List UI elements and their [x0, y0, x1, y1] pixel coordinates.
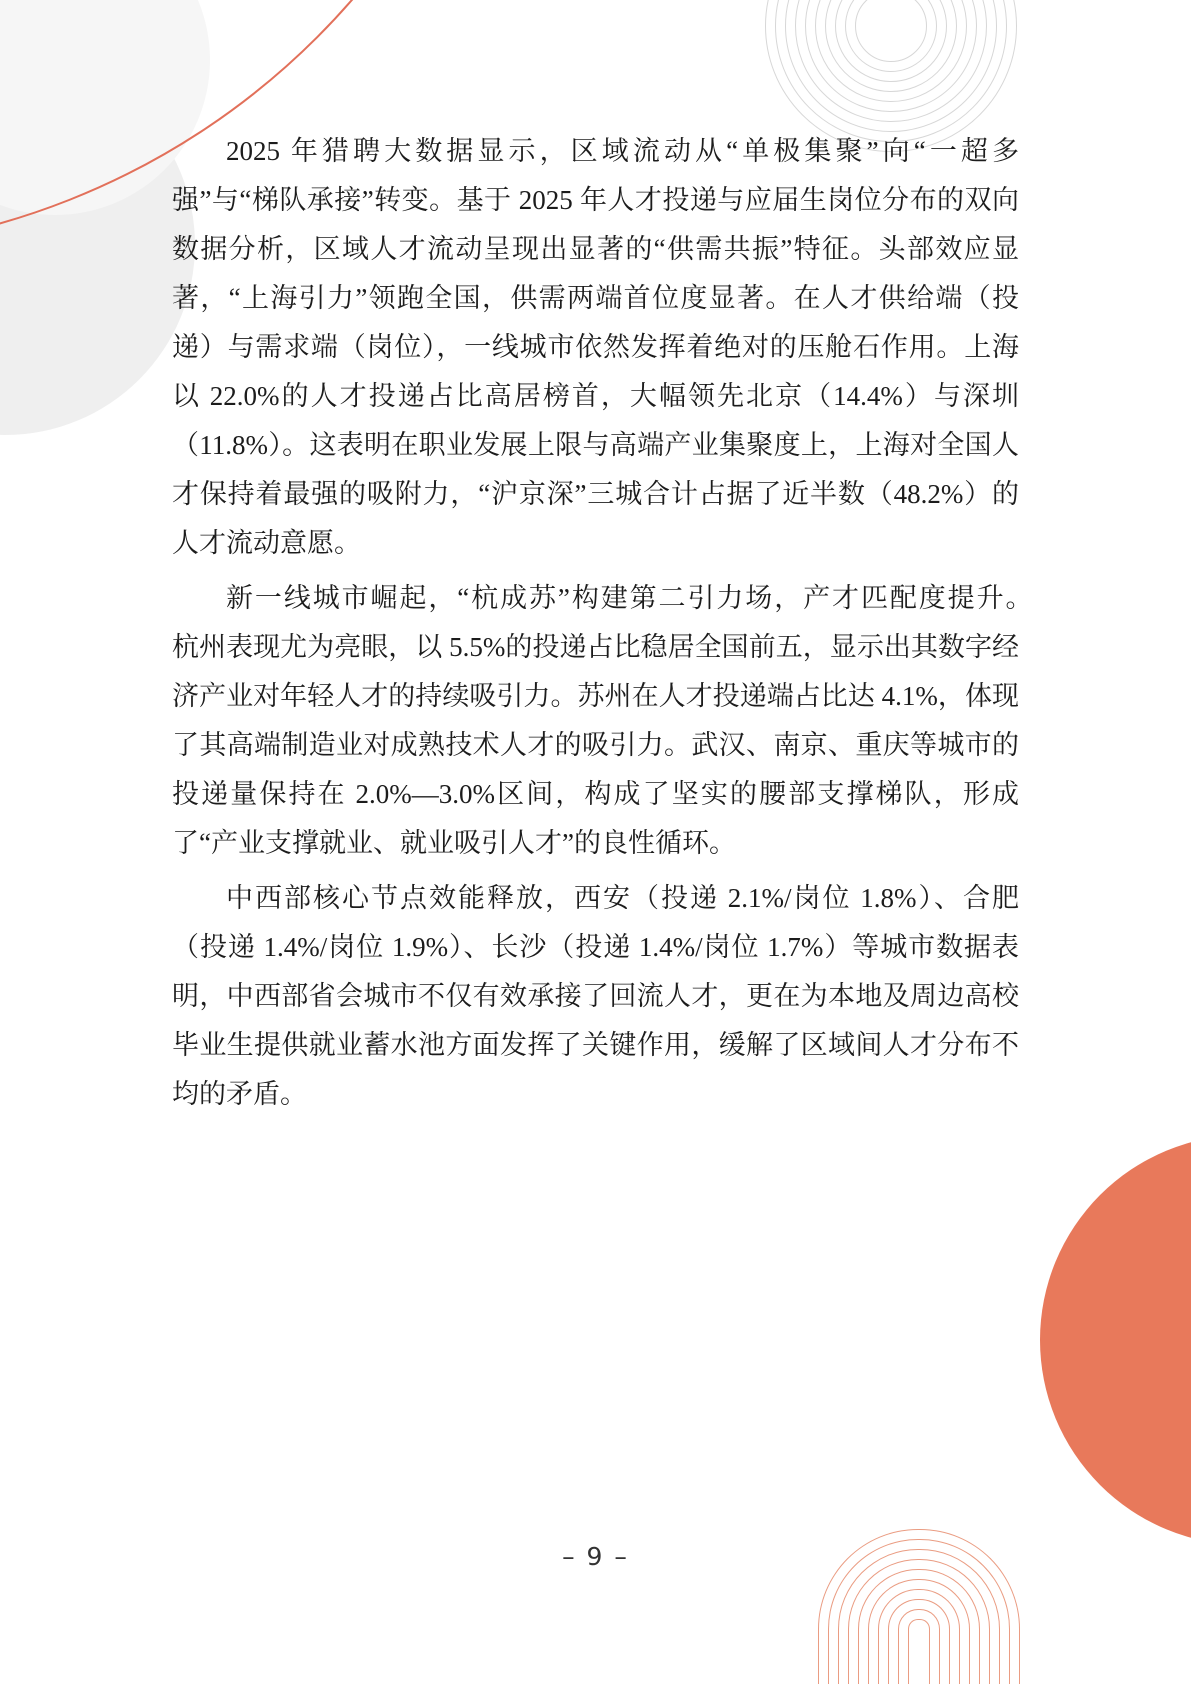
document-page: { "theme": { "coral": "#E8795B", "coral-…	[0, 0, 1191, 1684]
body-paragraph-3: 中西部核心节点效能释放，西安（投递 2.1%/岗位 1.8%）、合肥（投递 1.…	[172, 874, 1019, 1119]
body-paragraph-1: 2025 年猎聘大数据显示，区域流动从“单极集聚”向“一超多强”与“梯队承接”转…	[172, 127, 1019, 568]
text-block: 2025 年猎聘大数据显示，区域流动从“单极集聚”向“一超多强”与“梯队承接”转…	[172, 127, 1019, 1125]
body-paragraph-2: 新一线城市崛起，“杭成苏”构建第二引力场，产才匹配度提升。 杭州表现尤为亮眼，以…	[172, 574, 1019, 868]
arch-icon	[908, 1619, 930, 1684]
page-number: – 9 –	[172, 1542, 1019, 1571]
decor-circle-coral	[1040, 1135, 1191, 1545]
